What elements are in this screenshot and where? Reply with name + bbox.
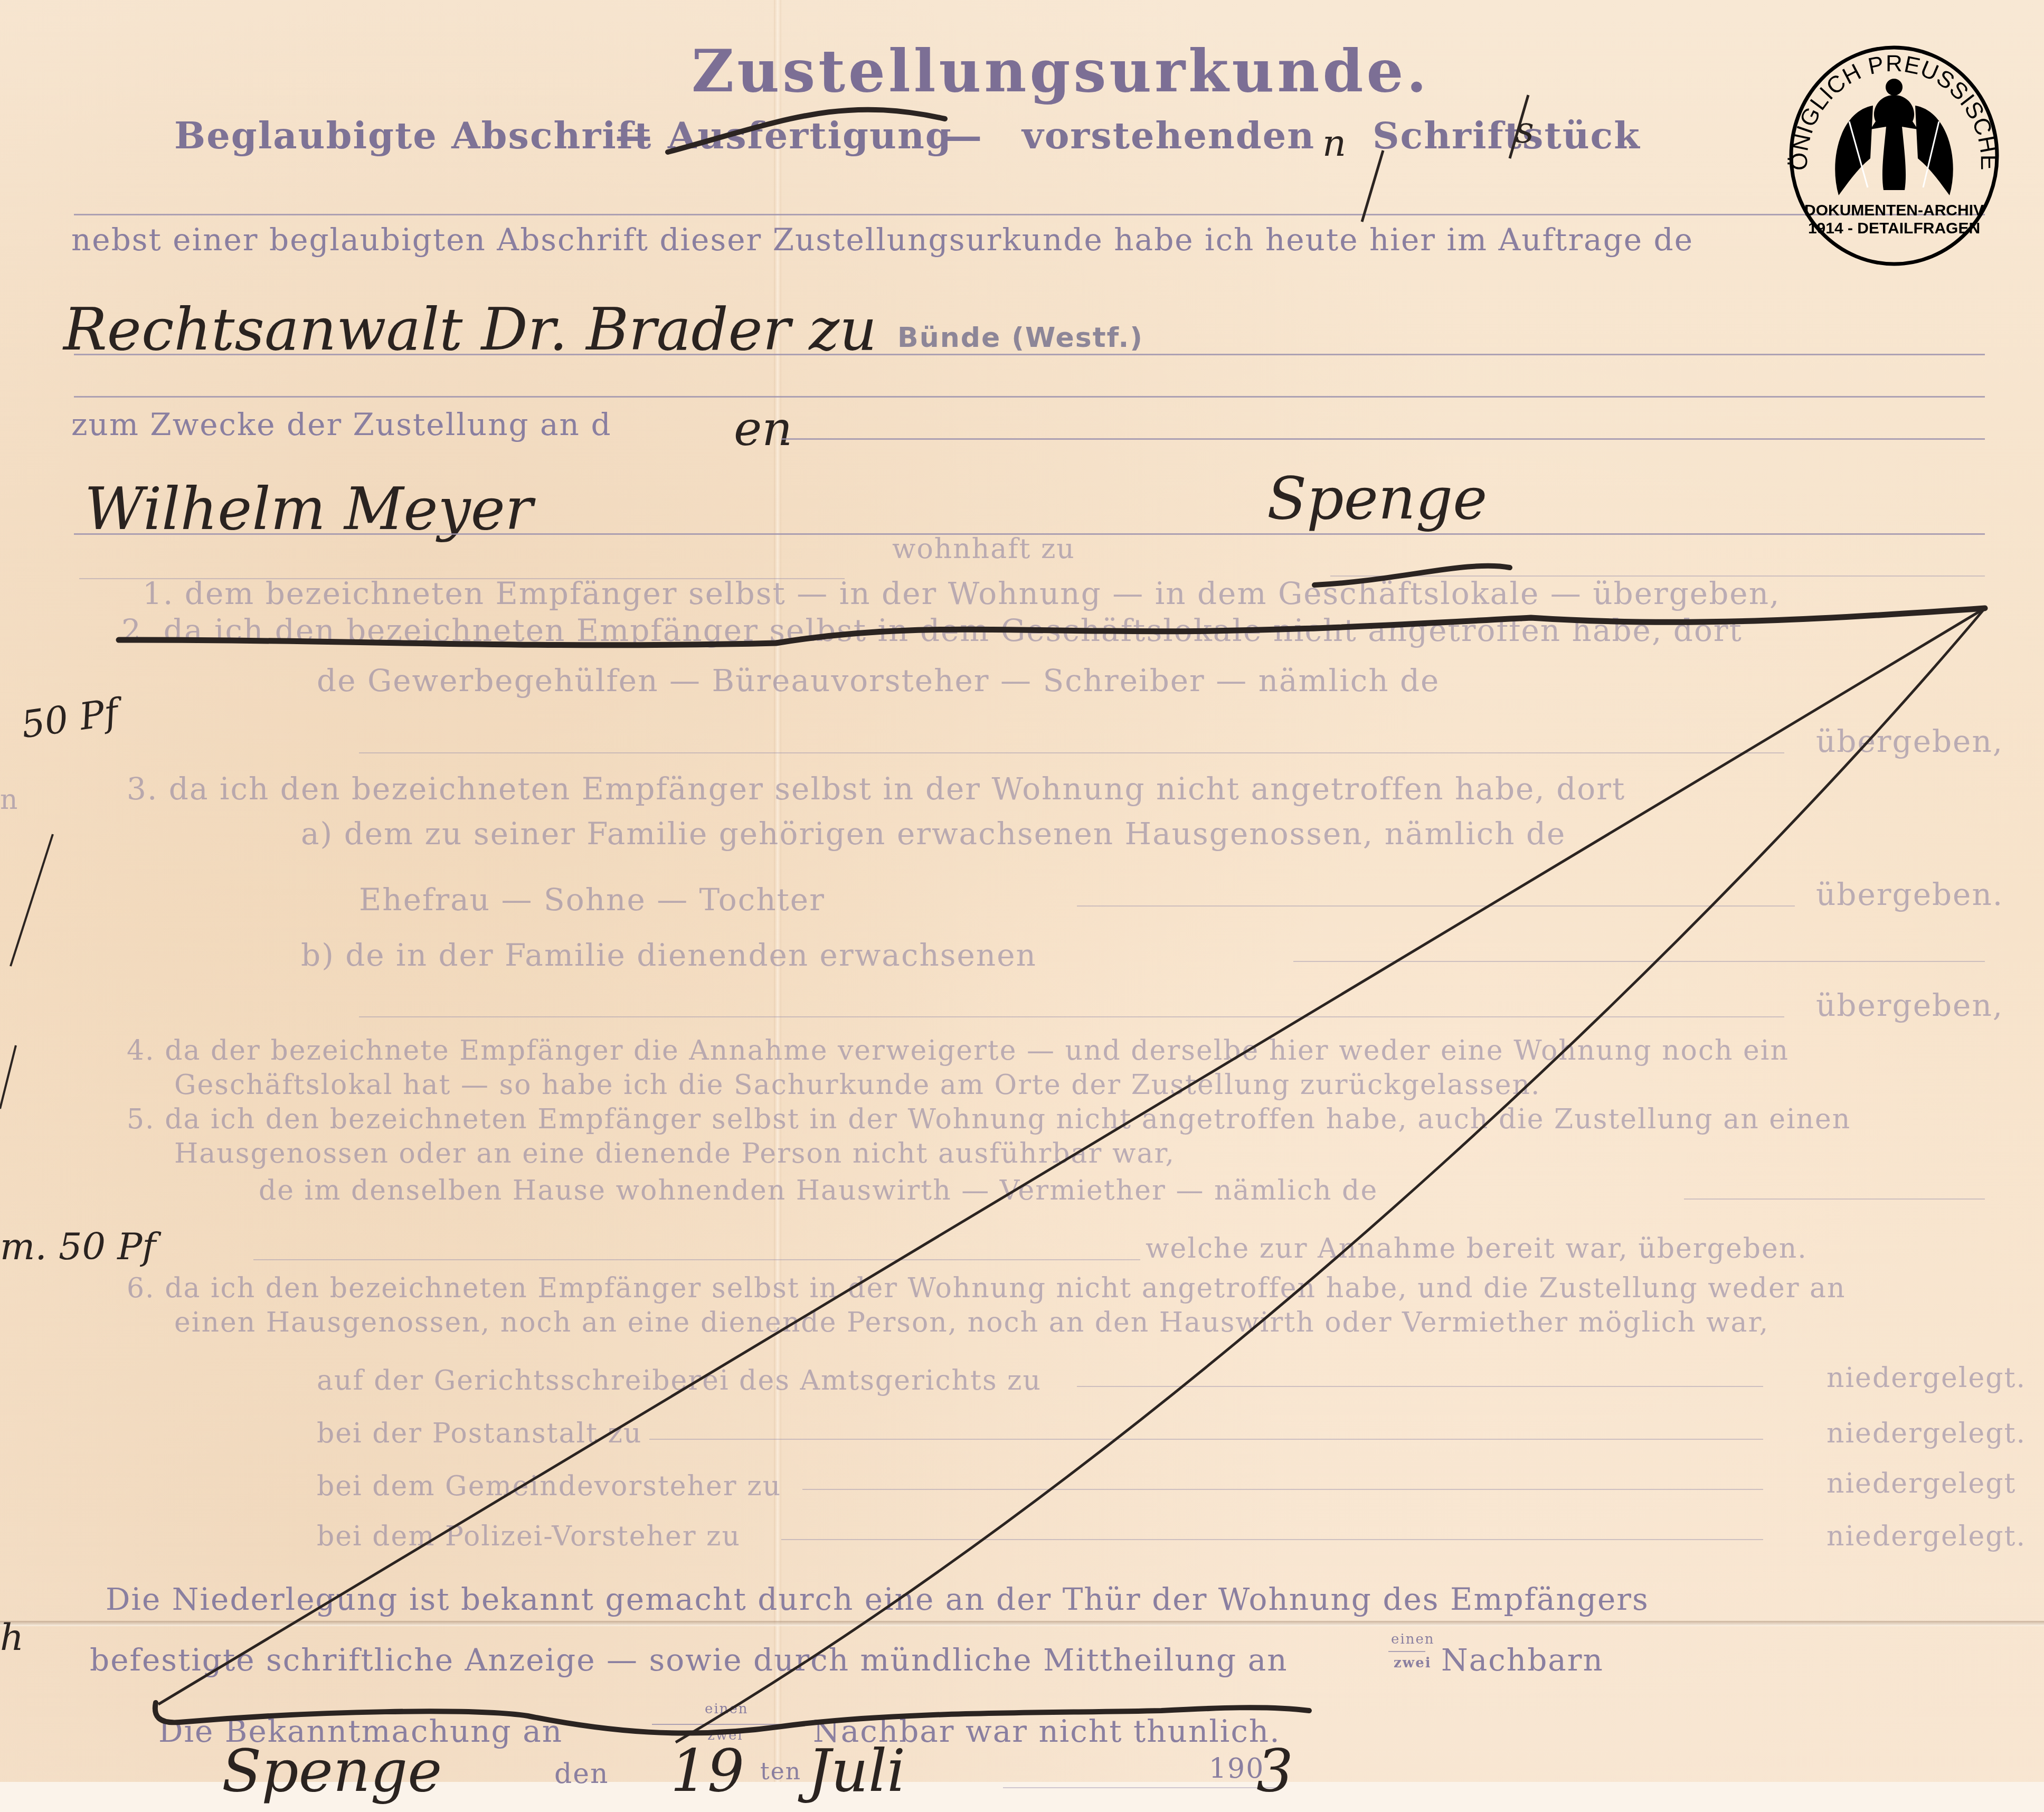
item-5: 5. da ich den bezeichneten Empfänger sel… [127,1103,1851,1135]
item-2: 2. da ich den bezeichneten Empfänger sel… [121,612,1743,648]
item-6: 6. da ich den bezeichneten Empfänger sel… [127,1272,1846,1304]
subtitle-dash-2: — [945,114,983,157]
stamp-line-1: DOKUMENTEN-ARCHIV [1804,202,1984,219]
niedergelegt-row-3-rule [802,1489,1763,1490]
item-4-cont: Geschäftslokal hat — so habe ich die Sac… [174,1069,1541,1101]
niedergelegt-row-4-label: bei dem Polizei-Vorsteher zu [317,1521,741,1552]
item-3a-relations: Ehefrau — Sohne — Tochter [359,882,825,918]
empfaenger-handwritten: Wilhelm Meyer [84,475,533,543]
stamp-line-2: 1914 - DETAILFRAGEN [1808,220,1980,237]
wohnhaft-label: wohnhaft zu [892,533,1075,565]
document-title: Zustellungsurkunde. [692,37,1430,105]
item-2-persons: de Gewerbegehülfen — Büreauvorsteher — S… [317,663,1440,699]
fraction-bar [1388,1651,1425,1652]
item-3b-end: übergeben, [1816,987,2003,1023]
prussian-eagle-icon [1835,79,1953,195]
item-4: 4. da der bezeichnete Empfänger die Anna… [127,1035,1789,1067]
horizontal-fold [0,1621,2044,1626]
niedergelegt-row-1-label: auf der Gerichtsschreiberei des Amtsgeri… [317,1365,1042,1396]
fraction-bottom: zwei [1394,1655,1432,1671]
rule-item-3b-2 [359,1016,1784,1017]
rule-auftraggeber [74,354,1985,355]
subtitle-handwritten-suffix: n [1322,121,1346,165]
niedergelegt-row-2-label: bei der Postanstalt zu [317,1418,642,1449]
fraction-top: einen [1391,1631,1435,1647]
place-handwritten: Spenge [222,1737,442,1805]
zweck-handwritten-suffix: en [734,401,792,457]
rule-item-5 [253,1259,1140,1260]
date-month-handwritten: Juli [808,1737,905,1805]
item-5-end: welche zur Annahme bereit war, übergeben… [1146,1233,1808,1264]
item-3: 3. da ich den bezeichneten Empfänger sel… [127,771,1625,807]
subtitle-schriftstueck: Schriftstück [1373,114,1641,157]
rule-item-5-naemlich [1684,1198,1985,1200]
niederlegung-line-1: Die Niederlegung ist bekannt gemacht dur… [106,1581,1649,1617]
item-3a: a) dem zu seiner Familie gehörigen erwac… [301,816,1566,852]
item-3b: b) de in der Familie dienenden erwachsen… [301,937,1037,973]
subtitle-handwritten-mark: s [1515,108,1534,152]
item-3a-end: übergeben. [1816,876,2003,912]
date-rule [1003,1787,1277,1788]
rule-item-2 [359,752,1784,753]
rule-item-3b [1293,961,1985,962]
intro-line: nebst einer beglaubigten Abschrift diese… [71,222,1693,258]
bekanntmachung-fraction-top: einen [705,1701,749,1717]
item-5-cont: Hausgenossen oder an eine dienende Perso… [174,1138,1175,1169]
auftraggeber-stamp: Bünde (Westf.) [897,322,1143,354]
wohnort-handwritten: Spenge [1267,465,1487,532]
niedergelegt-row-3-end: niedergelegt [1827,1468,2016,1499]
bekanntmachung-fraction-bar [652,1724,805,1725]
item-6-cont: einen Hausgenossen, noch an eine dienend… [174,1307,1769,1338]
niedergelegt-row-2-rule [649,1439,1763,1440]
date-prefix: den [554,1758,609,1790]
nachbarn-label: Nachbarn [1441,1642,1604,1678]
niedergelegt-row-1-rule [1077,1386,1763,1387]
rule-item-3a [1077,905,1795,907]
header-rule [74,214,1985,215]
margin-edge-fragment: n [0,784,19,816]
niedergelegt-row-2-end: niedergelegt. [1827,1418,2026,1449]
rule-auftraggeber-2 [74,396,1985,398]
item-1: 1. dem bezeichneten Empfänger selbst — i… [143,575,1780,611]
zweck-line: zum Zwecke der Zustellung an d [71,407,612,442]
margin-note-3: h [0,1616,24,1659]
auftraggeber-handwritten: Rechtsanwalt Dr. Brader zu [63,296,877,363]
archive-stamp: KÖNIGLICH PREUSSISCHES DOKUMENTEN-ARCHIV… [1778,37,2010,269]
niedergelegt-row-4-rule [781,1539,1763,1540]
margin-note-fee-2: m. 50 Pf [0,1225,156,1268]
subtitle-beglaubigte: Beglaubigte Abschrift [174,114,652,157]
niedergelegt-row-1-end: niedergelegt. [1827,1362,2026,1394]
rule-zweck [781,438,1985,440]
niedergelegt-row-3-label: bei dem Gemeindevorsteher zu [317,1470,781,1502]
niederlegung-line-2: befestigte schriftliche Anzeige — sowie … [90,1642,1288,1678]
item-5-hauswirth: de im denselben Hause wohnenden Hauswirt… [259,1175,1378,1206]
subtitle-dash-1: — [615,114,653,157]
year-handwritten: 3 [1256,1737,1293,1805]
subtitle-vorstehenden: vorstehenden [1022,114,1315,157]
date-separator: ten [760,1758,801,1785]
item-2-end: übergeben, [1816,723,2003,759]
niedergelegt-row-4-end: niedergelegt. [1827,1521,2026,1552]
subtitle-ausfertigung: Ausfertigung [668,114,952,157]
date-day-handwritten: 19 [670,1737,744,1805]
